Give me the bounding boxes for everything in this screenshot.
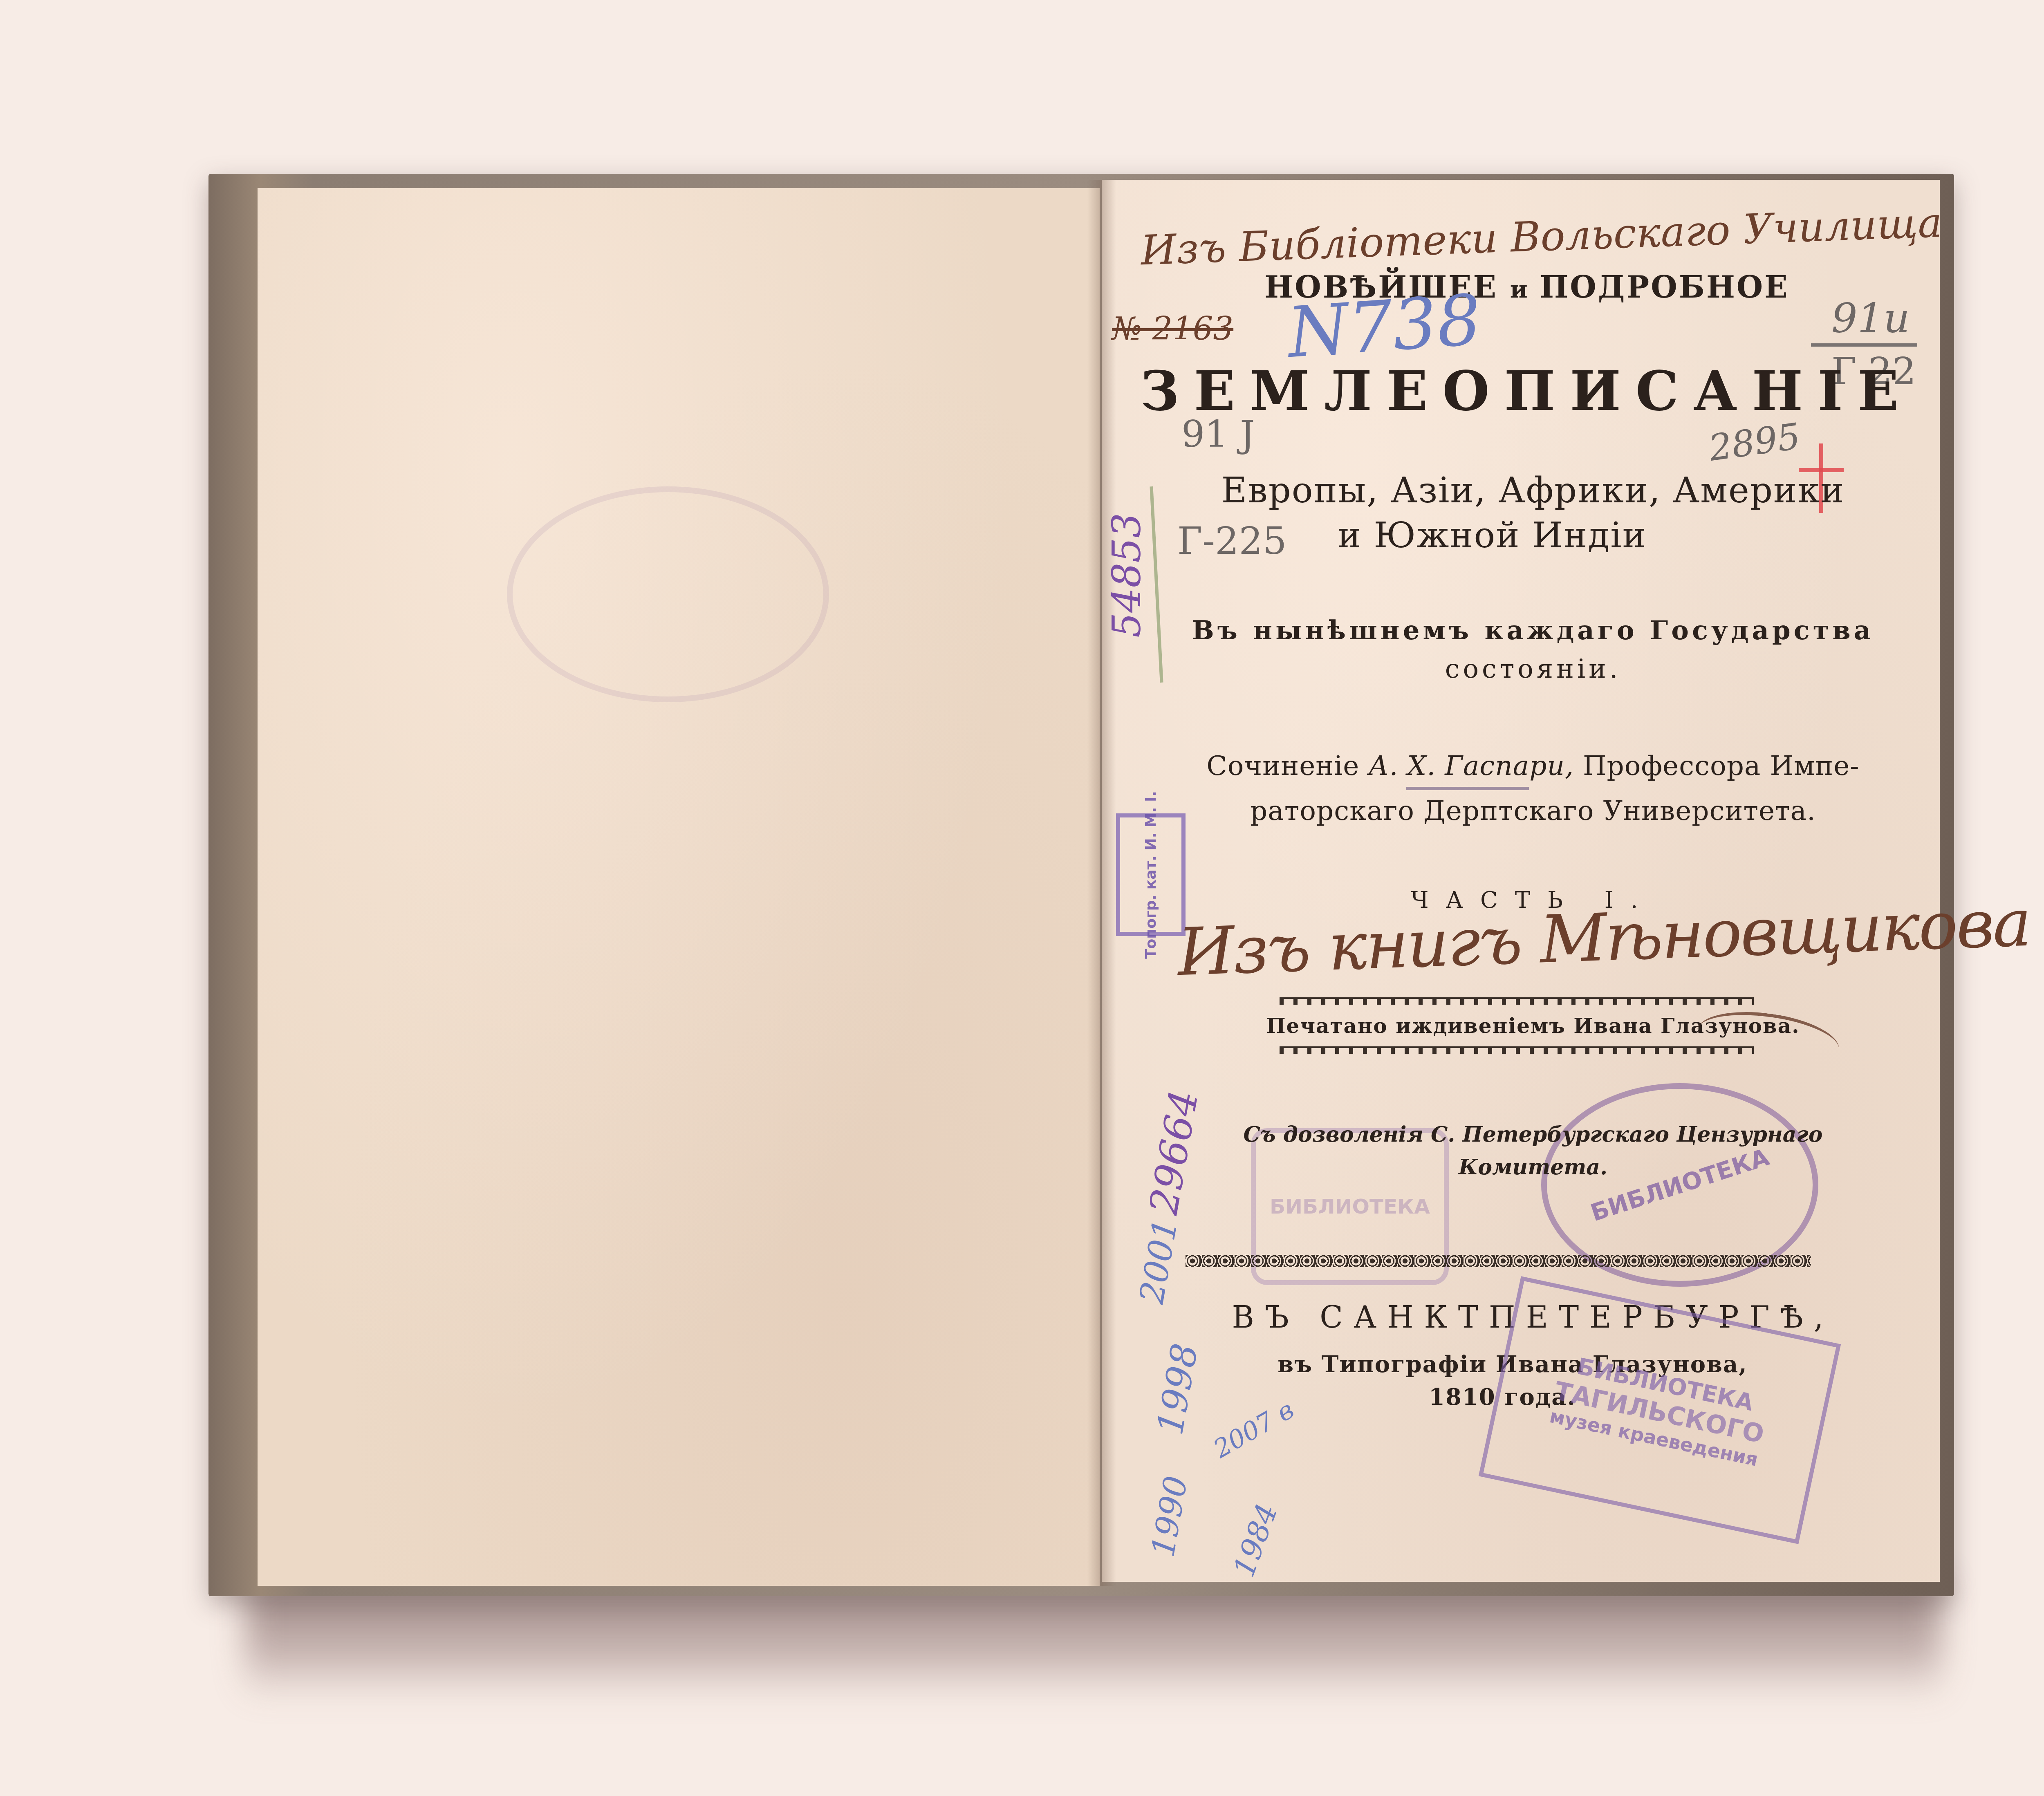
author-title-1: Профессора Импе-: [1583, 750, 1860, 782]
author-line-2: раторскаго Дерптскаго Университета.: [1145, 795, 1921, 826]
title-line-1: НОВѢЙШЕЕ и ПОДРОБНОЕ: [1128, 270, 1925, 305]
regions-line-2: и Южной Индіи: [1145, 515, 1840, 556]
state-line-2: состояніи.: [1145, 654, 1921, 684]
faded-oval-stamp: [507, 486, 829, 702]
topography-catalog-stamp: Топогр. кат. И. М. I.: [1116, 813, 1186, 936]
ornament-rule: [1186, 1255, 1811, 1267]
faded-stamp-text: БИБЛИОТЕКА: [1270, 1195, 1430, 1218]
dotted-rule-bottom: [1280, 1046, 1754, 1054]
dotted-rule-top: [1280, 997, 1754, 1005]
book-shadow: [245, 1578, 1942, 1700]
title-word-detailed: ПОДРОБНОЕ: [1540, 270, 1789, 305]
censor-line-2: Комитета.: [1145, 1155, 1921, 1180]
old-number-annotation: № 2163: [1112, 311, 1233, 347]
left-endpaper: [258, 188, 1100, 1586]
title-word-and: и: [1510, 275, 1528, 303]
topography-stamp-text: Топогр. кат. И. М. I.: [1143, 791, 1159, 959]
violet-vertical-number: 54853: [1104, 513, 1150, 638]
regions-line-1: Европы, Азіи, Африки, Америки: [1145, 470, 1921, 511]
book-gutter: [1087, 180, 1116, 1586]
censor-line-1: Съ дозволенія С. Петербургскаго Цензурна…: [1145, 1122, 1921, 1147]
author-name: А. Х. Гаспари,: [1368, 750, 1574, 782]
author-line-1: Сочиненіе А. Х. Гаспари, Профессора Импе…: [1145, 750, 1921, 782]
author-underline: [1406, 787, 1529, 790]
pencil-91: 91 J: [1181, 413, 1255, 456]
shelfmark-top: 91и: [1831, 294, 1910, 342]
state-line-1: Въ нынѣшнемъ каждаго Государства: [1145, 615, 1921, 646]
shelfmark-divider: [1811, 343, 1917, 347]
author-prefix: Сочиненіе: [1206, 750, 1359, 782]
